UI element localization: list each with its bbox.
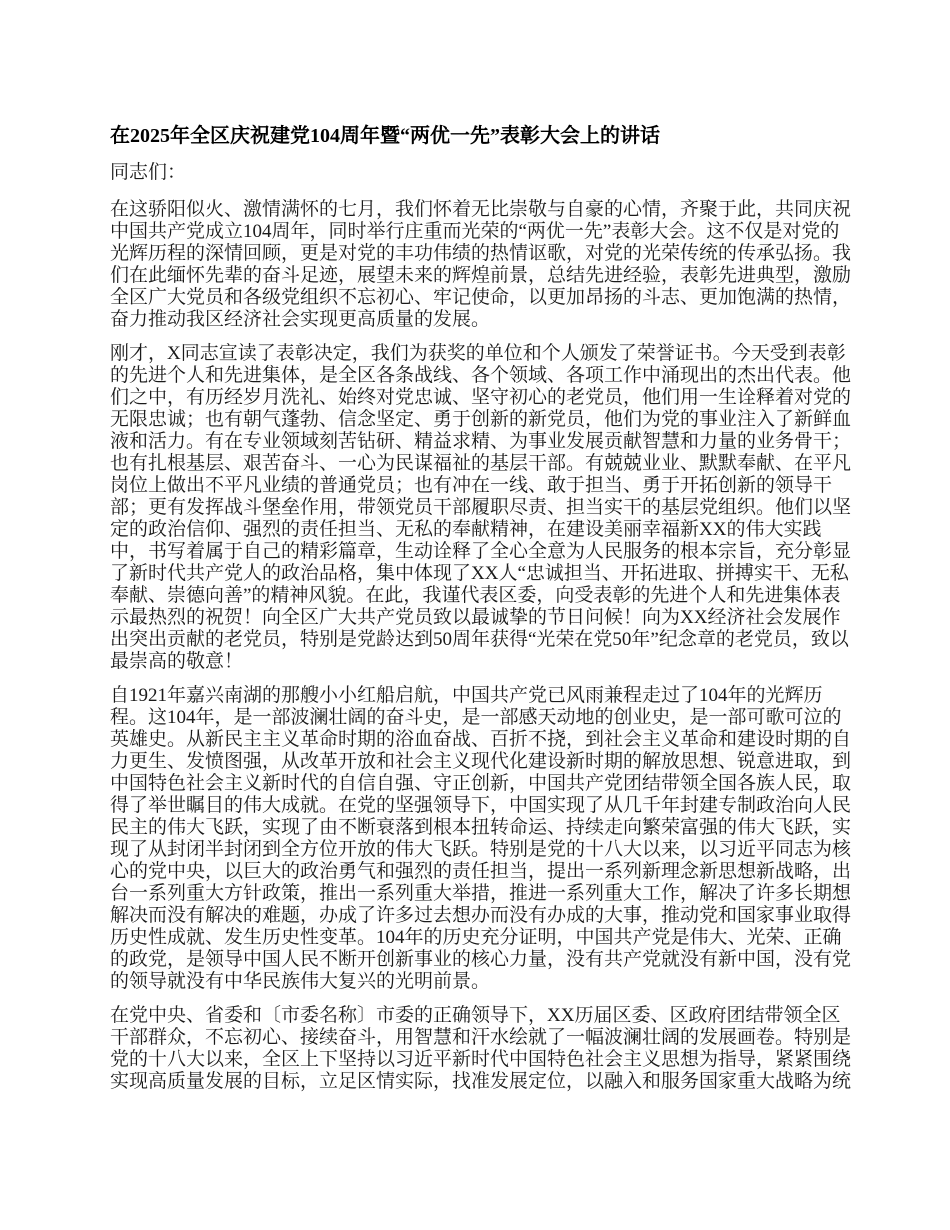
document-page: 在2025年全区庆祝建党104周年暨“两优一先”表彰大会上的讲话 同志们： 在这… <box>0 0 950 1230</box>
paragraph-party-history: 自1921年嘉兴南湖的那艘小小红船启航，中国共产党已风雨兼程走过了104年的光辉… <box>110 685 856 993</box>
paragraph-opening: 在这骄阳似火、激情满怀的七月，我们怀着无比崇敬与自豪的心情，齐聚于此，共同庆祝中… <box>110 199 856 331</box>
paragraph-district-development: 在党中央、省委和〔市委名称〕市委的正确领导下，XX历届区委、区政府团结带领全区干… <box>110 1005 856 1093</box>
paragraph-commendation: 刚才，X同志宣读了表彰决定，我们为获奖的单位和个人颁发了荣誉证书。今天受到表彰的… <box>110 343 856 673</box>
document-title: 在2025年全区庆祝建党104周年暨“两优一先”表彰大会上的讲话 <box>110 125 856 147</box>
salutation: 同志们： <box>110 162 856 184</box>
